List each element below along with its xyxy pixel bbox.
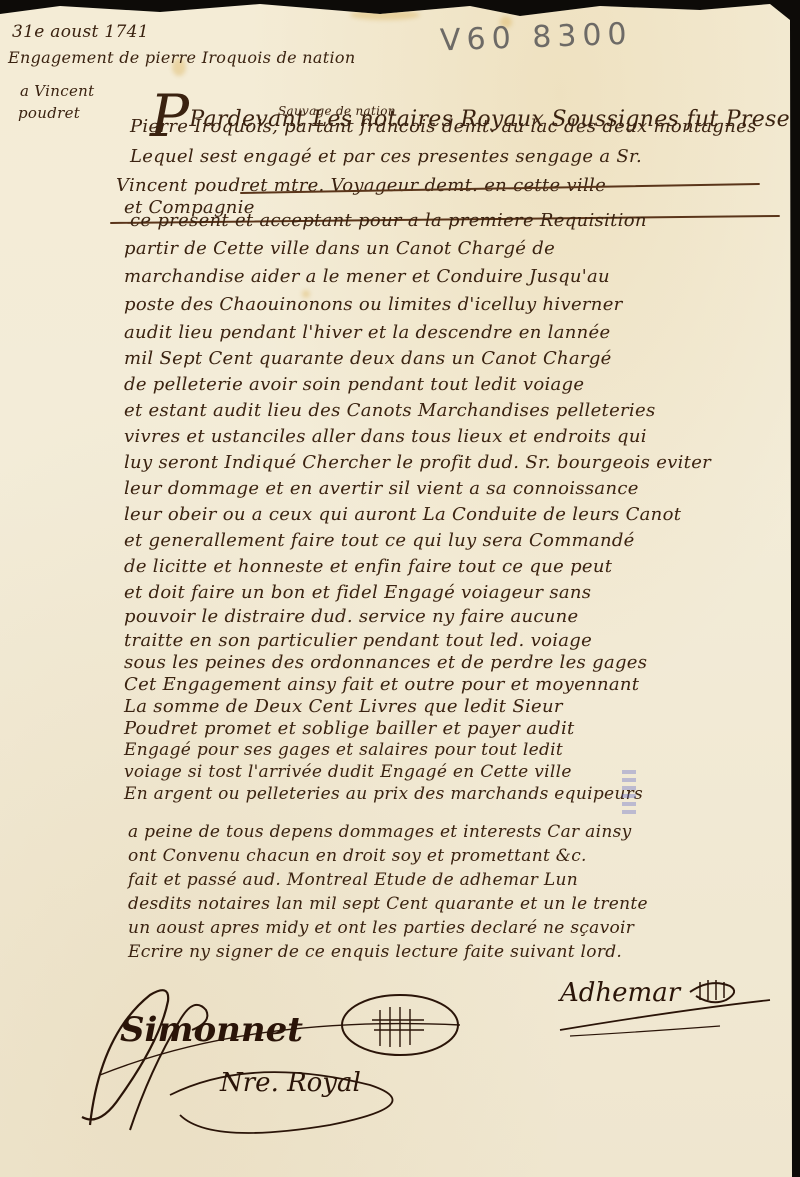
body-line: Cet Engagement ainsy fait et outre pour …: [124, 674, 639, 695]
body-line: de licitte et honneste et enfin faire to…: [124, 556, 612, 577]
archive-number: V60 8300: [439, 17, 633, 59]
manuscript-page: V60 8300 31e aoust 1741 Engagement de pi…: [0, 0, 800, 1177]
body-line: traitte en son particulier pendant tout …: [124, 630, 592, 651]
closing-line: desdits notaires lan mil sept Cent quara…: [128, 894, 648, 914]
body-line: partir de Cette ville dans un Canot Char…: [124, 238, 555, 259]
blue-stamp-mark: [622, 770, 636, 818]
header-line-3: Vincent poudret mtre. Voyageur demt. en …: [116, 175, 606, 196]
body-line: vivres et ustanciles aller dans tous lie…: [124, 426, 647, 447]
closing-line: a peine de tous depens dommages et inter…: [128, 822, 632, 842]
closing-line: fait et passé aud. Montreal Etude de adh…: [128, 870, 578, 890]
body-line: leur dommage et en avertir sil vient a s…: [124, 478, 639, 499]
body-line: audit lieu pendant l'hiver et la descend…: [124, 322, 610, 343]
closing-line: Ecrire ny signer de ce enquis lecture fa…: [128, 942, 622, 962]
body-line: sous les peines des ordonnances et de pe…: [124, 652, 647, 673]
closing-line: ont Convenu chacun en droit soy et prome…: [128, 846, 587, 866]
signature-simonnet: Simonnet: [120, 1010, 303, 1050]
body-line: marchandise aider a le mener et Conduire…: [124, 266, 610, 287]
body-line: Engagé pour ses gages et salaires pour t…: [124, 740, 563, 760]
header-line-1: Pierre Iroquois, partant francois demt. …: [130, 116, 757, 137]
body-line: de pelleterie avoir soin pendant tout le…: [124, 374, 584, 395]
body-line: poste des Chaouinonons ou limites d'icel…: [124, 294, 623, 315]
body-line: ce present et acceptant pour a la premie…: [130, 210, 647, 231]
body-line: et doit faire un bon et fidel Engagé voi…: [124, 582, 591, 603]
body-line: Poudret promet et soblige bailler et pay…: [124, 718, 575, 739]
signature-flourish-left: [60, 975, 480, 1155]
margin-party: a Vincent: [20, 82, 94, 100]
water-stain: [350, 10, 420, 20]
header-line-2: Lequel sest engagé et par ces presentes …: [130, 146, 642, 167]
margin-party-name: poudret: [18, 104, 80, 122]
body-line: En argent ou pelleteries au prix des mar…: [124, 784, 643, 804]
body-line: et generallement faire tout ce qui luy s…: [124, 530, 635, 551]
body-line: pouvoir le distraire dud. service ny fai…: [124, 606, 579, 627]
body-line: La somme de Deux Cent Livres que ledit S…: [124, 696, 563, 717]
body-line: mil Sept Cent quarante deux dans un Cano…: [124, 348, 612, 369]
body-line: luy seront Indiqué Chercher le profit du…: [124, 452, 711, 473]
signature-flourish-right: [540, 970, 790, 1050]
body-line: et estant audit lieu des Canots Marchand…: [124, 400, 655, 421]
margin-date: 31e aoust 1741: [12, 22, 149, 42]
closing-line: un aoust apres midy et ont les parties d…: [128, 918, 634, 938]
body-line: leur obeir ou a ceux qui auront La Condu…: [124, 504, 681, 525]
margin-title: Engagement de pierre Iroquois de nation: [8, 48, 355, 67]
signature-simonnet-title: Nre. Royal: [220, 1068, 361, 1098]
